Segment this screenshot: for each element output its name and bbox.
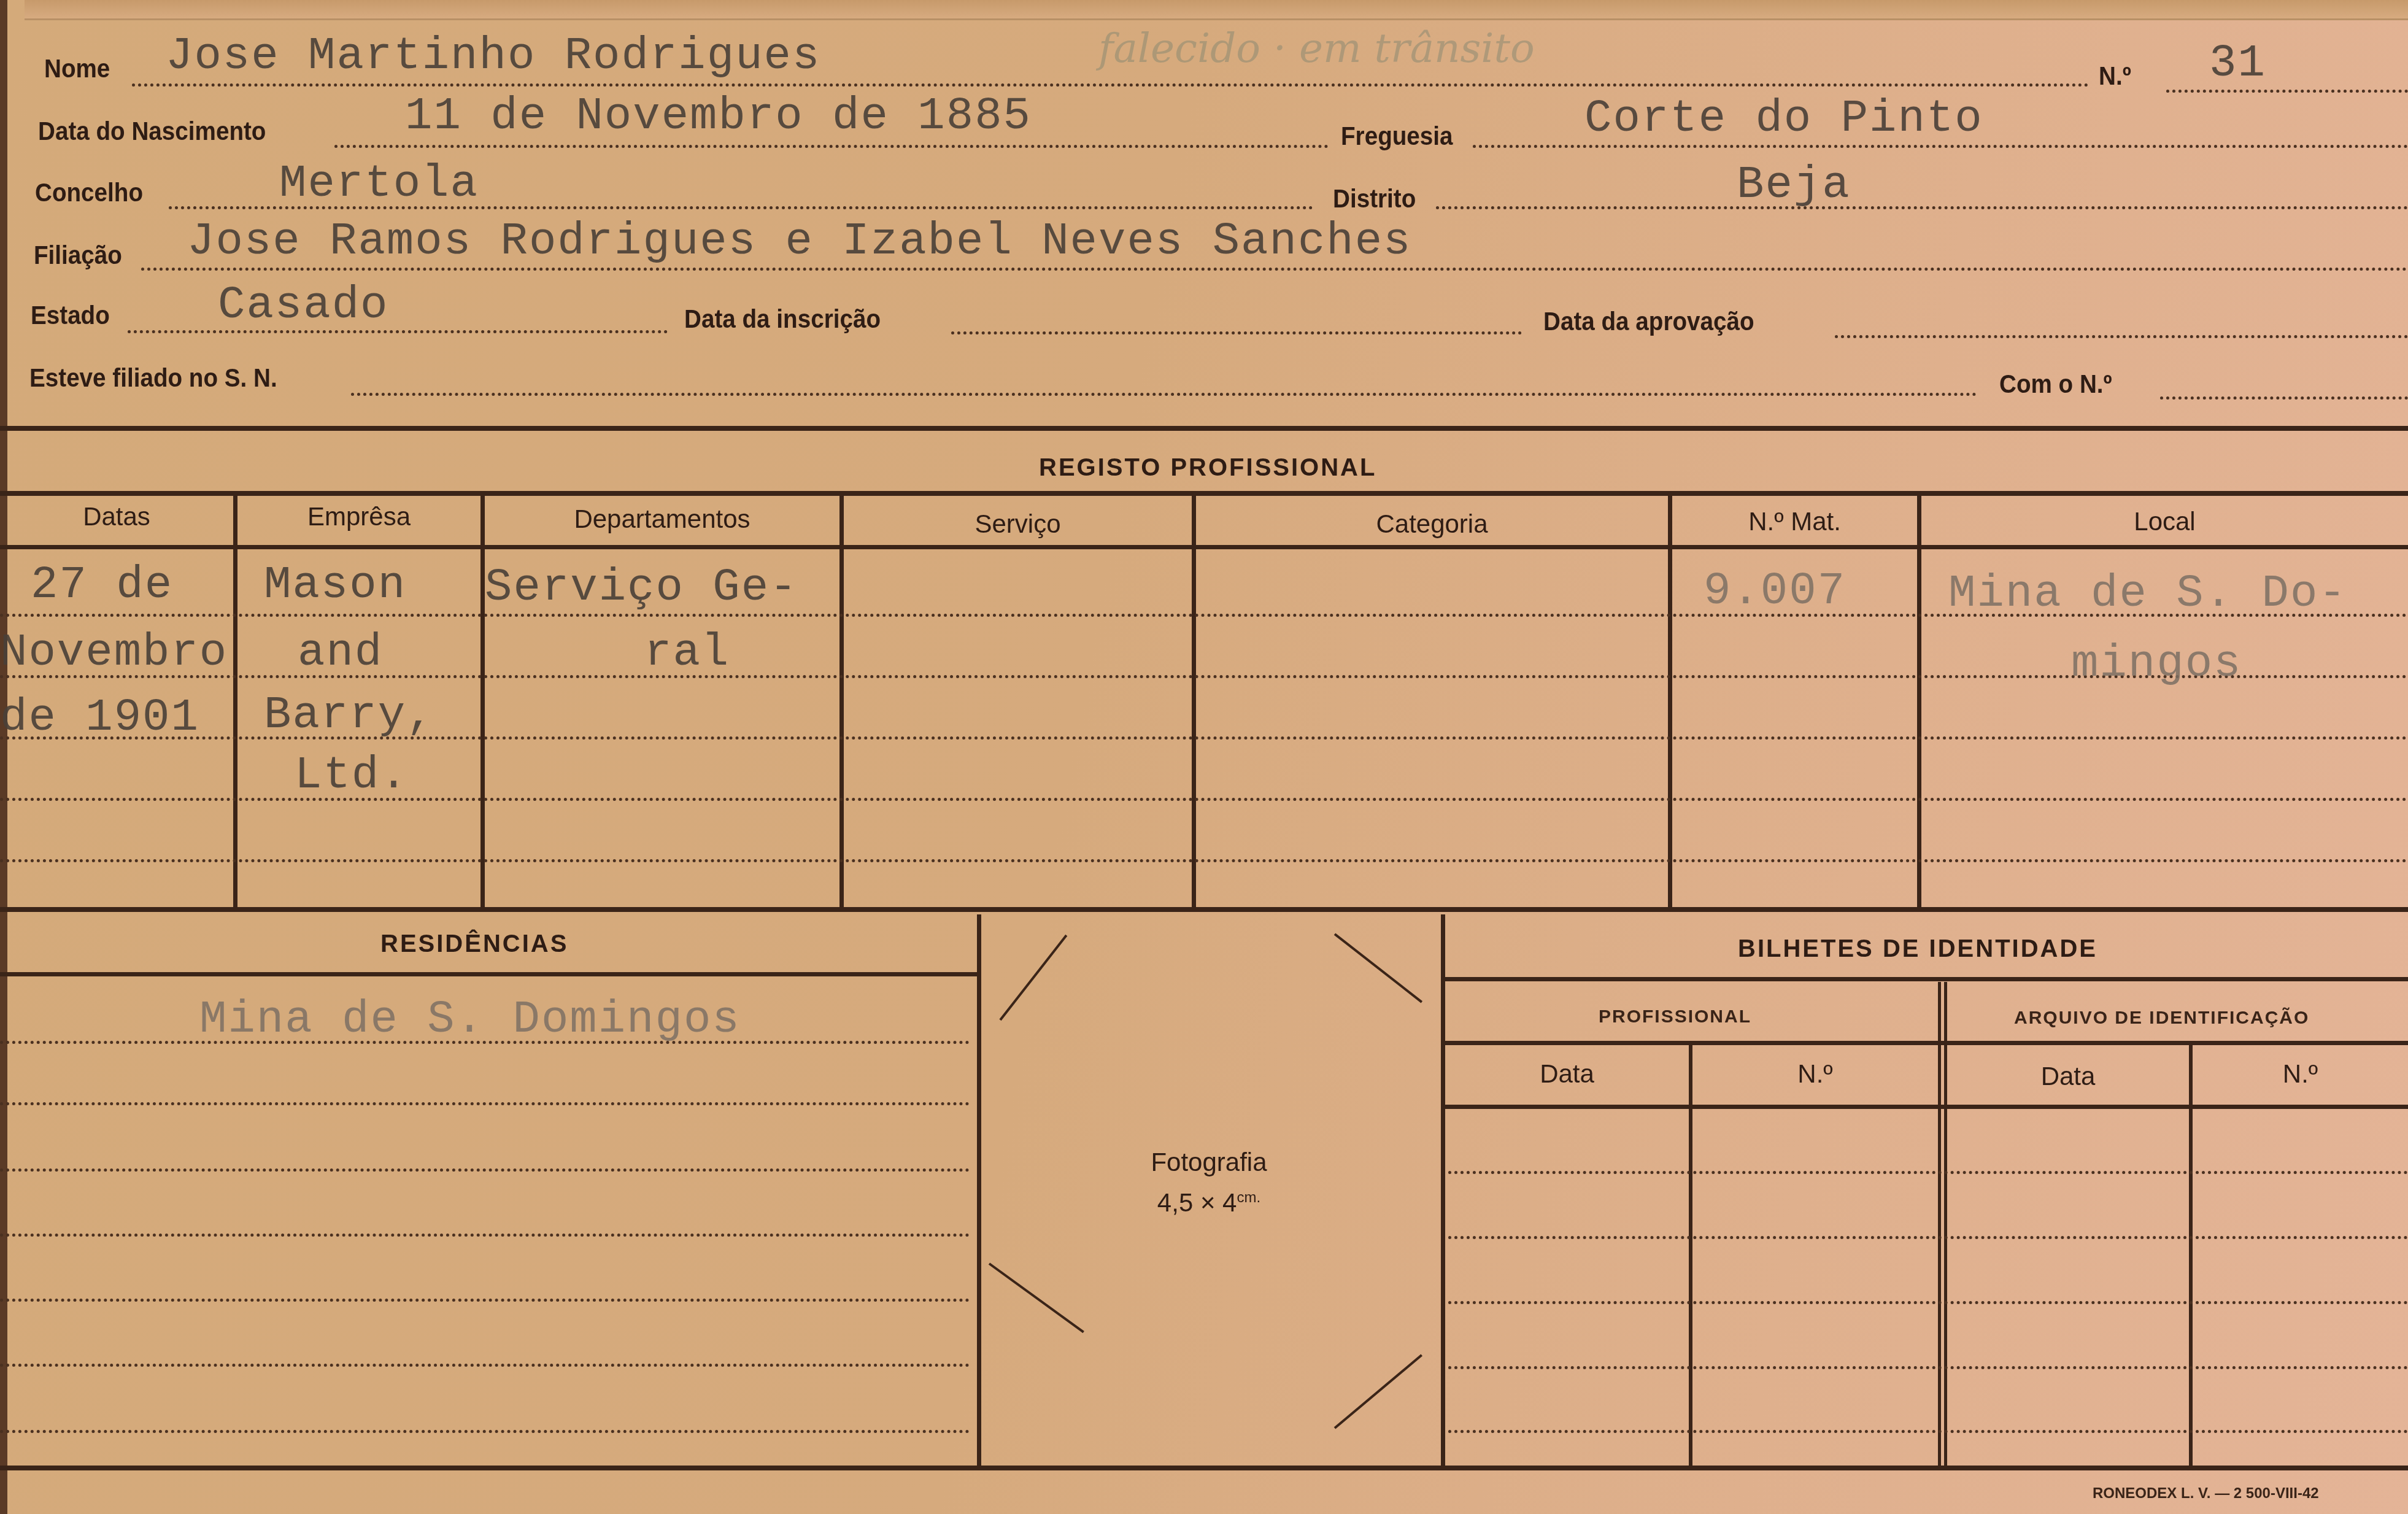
col-header-servico: Serviço: [844, 509, 1192, 539]
residencia-line: [0, 1168, 970, 1172]
bilhetes-double-divider-a: [1938, 982, 1941, 1467]
filiacao-line: [141, 268, 2408, 271]
com-numero-line[interactable]: [2160, 396, 2408, 400]
distrito-label: Distrito: [1333, 184, 1416, 214]
residencia-line: [0, 1364, 970, 1367]
data-inscricao-label: Data da inscrição: [684, 304, 881, 334]
data-nascimento-line: [334, 145, 1329, 148]
photo-corner-mark-tr: [1334, 933, 1422, 1003]
col-header-departamentos: Departamentos: [485, 504, 839, 534]
data-inscricao-line[interactable]: [951, 331, 1522, 334]
entry-datas-line1: 27 de: [31, 560, 173, 611]
registo-profissional-title: REGISTO PROFISSIONAL: [1039, 454, 1376, 482]
registo-columns-rule: [0, 545, 2408, 549]
col-header-local: Local: [1921, 507, 2408, 536]
numero-value: 31: [2209, 38, 2266, 90]
bilhete-row-line: [1448, 1366, 2408, 1369]
fotografia-label: Fotografia: [982, 1148, 1436, 1177]
bilhete-row-line: [1448, 1430, 2408, 1433]
entry-local-line2: mingos: [2071, 638, 2242, 690]
col-divider: [233, 496, 237, 907]
col-divider: [1668, 496, 1672, 907]
estado-line: [128, 330, 668, 333]
col-header-datas: Datas: [0, 502, 233, 531]
residencia-line: [0, 1041, 970, 1044]
distrito-value: Beja: [1737, 160, 1851, 211]
row-line: [0, 859, 2408, 862]
concelho-value: Mertola: [279, 158, 479, 210]
esteve-filiado-label: Esteve filiado no S. N.: [29, 363, 277, 393]
bilhetes-left-divider: [1441, 914, 1445, 1467]
bilhetes-profissional-title: PROFISSIONAL: [1599, 1006, 1751, 1027]
bilhetes-header-rule: [1445, 977, 2408, 981]
estado-label: Estado: [31, 301, 110, 330]
col-divider: [1917, 496, 1921, 907]
col-header-numero-mat: N.º Mat.: [1672, 507, 1917, 536]
photo-corner-mark-br: [1334, 1354, 1422, 1429]
photo-area: Fotografia 4,5 × 4cm.: [982, 914, 1441, 1467]
handwritten-annotation: falecido · em trânsito: [1098, 25, 1535, 72]
freguesia-line: [1473, 145, 2408, 148]
bilhetes-columns-rule: [1445, 1105, 2408, 1109]
printer-mark: RONEODEX L. V. — 2 500-VIII-42: [2093, 1485, 2319, 1502]
col-divider: [839, 496, 844, 907]
bilhete-row-line: [1448, 1236, 2408, 1239]
entry-datas-line2: Novembro: [0, 627, 228, 679]
entry-empresa-line3: Barry,: [264, 690, 434, 741]
bilhetes-title: BILHETES DE IDENTIDADE: [1738, 935, 2097, 963]
data-aprovacao-label: Data da aprovação: [1543, 307, 1754, 336]
esteve-filiado-line[interactable]: [351, 393, 1977, 396]
numero-line: [2166, 90, 2408, 93]
entry-departamentos-line1: Serviço Ge-: [485, 562, 798, 614]
bilhetes-subheader-rule: [1445, 1041, 2408, 1045]
freguesia-value: Corte do Pinto: [1584, 93, 1983, 145]
residencia-line: [0, 1430, 970, 1433]
numero-label: N.º: [2099, 61, 2131, 91]
entry-datas-line3: de 1901: [0, 692, 199, 744]
estado-value: Casado: [218, 280, 388, 331]
fotografia-dimensions: 4,5 × 4: [1157, 1188, 1237, 1217]
arq-numero-header: N.º: [2193, 1059, 2408, 1089]
bilhete-row-line: [1448, 1301, 2408, 1304]
col-divider: [480, 496, 485, 907]
photo-corner-mark-tl: [999, 935, 1067, 1021]
registo-header-rule: [0, 491, 2408, 496]
entry-empresa-line2: and: [298, 627, 383, 679]
arq-data-header: Data: [1947, 1062, 2189, 1091]
nome-line: [132, 83, 2090, 87]
data-aprovacao-line[interactable]: [1835, 335, 2408, 338]
fotografia-size: 4,5 × 4cm.: [982, 1188, 1436, 1218]
residencias-title: RESIDÊNCIAS: [380, 930, 568, 958]
entry-empresa-line1: Mason: [264, 560, 406, 611]
bilhetes-arquivo-title: ARQUIVO DE IDENTIFICAÇÃO: [2014, 1008, 2309, 1029]
distrito-line: [1436, 206, 2408, 209]
com-numero-label: Com o N.º: [1999, 369, 2112, 399]
nome-value: Jose Martinho Rodrigues: [166, 31, 820, 82]
col-header-categoria: Categoria: [1196, 509, 1668, 539]
data-nascimento-value: 11 de Novembro de 1885: [405, 91, 1032, 142]
card-left-edge: [0, 0, 7, 1514]
photo-corner-mark-bl: [989, 1262, 1084, 1333]
registo-top-rule: [0, 426, 2408, 431]
residencia-line: [0, 1234, 970, 1237]
residencias-header-rule: [0, 972, 979, 976]
card-bottom-rule: [0, 1466, 2408, 1470]
residencia-line: [0, 1299, 970, 1302]
prof-numero-header: N.º: [1692, 1059, 1938, 1089]
residencia-line: [0, 1102, 970, 1105]
card-top-edge: [25, 0, 2408, 20]
entry-empresa-line4: Ltd.: [295, 750, 409, 801]
concelho-label: Concelho: [35, 178, 143, 207]
col-header-empresa: Emprêsa: [237, 502, 480, 531]
bilhete-row-line: [1448, 1171, 2408, 1174]
prof-data-header: Data: [1445, 1059, 1689, 1089]
filiacao-label: Filiação: [34, 241, 122, 270]
freguesia-label: Freguesia: [1341, 122, 1453, 151]
entry-departamentos-line2: ral: [644, 627, 730, 679]
col-divider: [1192, 496, 1196, 907]
registration-card: falecido · em trânsito Nome Jose Martinh…: [0, 0, 2408, 1514]
nome-label: Nome: [44, 54, 110, 83]
residencia-entry: Mina de S. Domingos: [199, 994, 741, 1046]
concelho-line: [169, 206, 1313, 209]
fotografia-unit: cm.: [1237, 1189, 1260, 1206]
residencias-divider: [977, 914, 981, 1467]
entry-numero-mat: 9.007: [1704, 566, 1846, 617]
registo-bottom-rule: [0, 907, 2408, 912]
data-nascimento-label: Data do Nascimento: [38, 117, 266, 146]
bilhetes-double-divider-b: [1944, 982, 1947, 1467]
filiacao-value: Jose Ramos Rodrigues e Izabel Neves Sanc…: [187, 216, 1412, 268]
entry-local-line1: Mina de S. Do-: [1948, 568, 2347, 620]
